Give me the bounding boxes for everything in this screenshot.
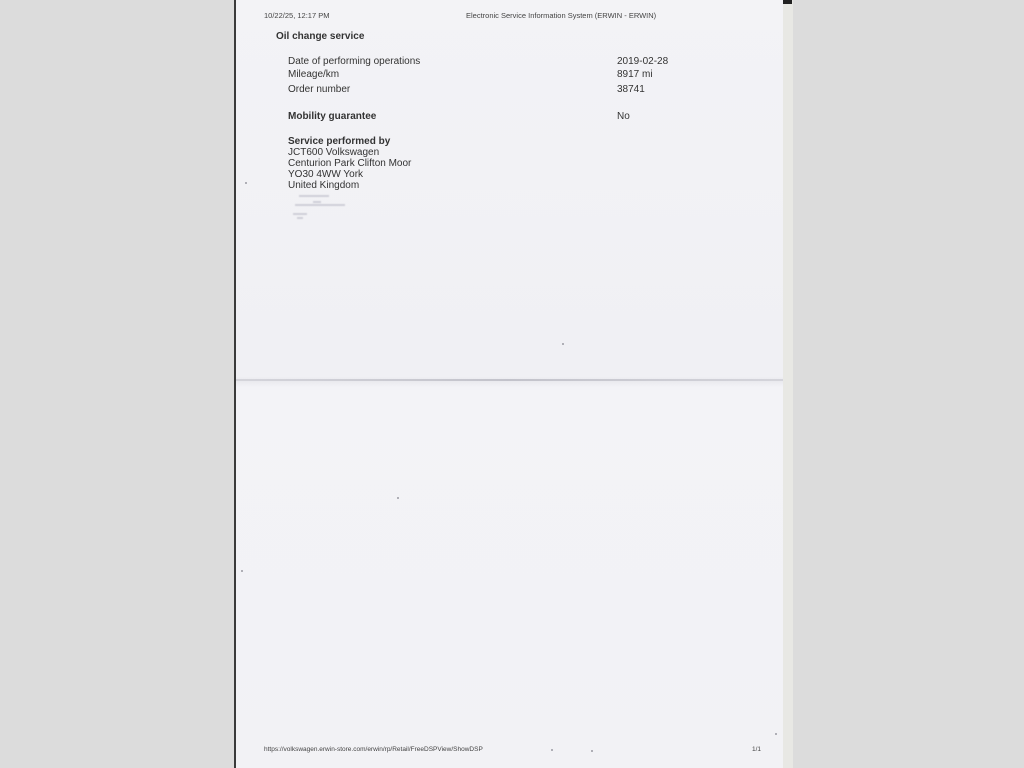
field-value-order-number: 38741 xyxy=(617,84,645,95)
service-performed-by-block: Service performed by JCT600 Volkswagen C… xyxy=(288,136,411,191)
field-value-date: 2019-02-28 xyxy=(617,56,668,67)
service-performed-by-label: Service performed by xyxy=(288,136,411,147)
document-title: Oil change service xyxy=(276,31,364,42)
page-margin-strip xyxy=(783,0,793,768)
field-label-date: Date of performing operations xyxy=(288,56,420,67)
print-datetime: 10/22/25, 12:17 PM xyxy=(264,11,329,20)
scan-speck xyxy=(551,749,553,751)
scan-speck xyxy=(241,570,243,572)
dealer-name: JCT600 Volkswagen xyxy=(288,147,411,158)
field-label-order-number: Order number xyxy=(288,84,350,95)
paper-fold-line xyxy=(236,379,783,381)
dealer-postcode-city: YO30 4WW York xyxy=(288,169,411,180)
dealer-country: United Kingdom xyxy=(288,180,411,191)
mobility-guarantee-value: No xyxy=(617,111,630,122)
page-number: 1/1 xyxy=(752,746,761,753)
faded-dealer-stamp xyxy=(293,193,363,225)
scan-speck xyxy=(397,497,399,499)
field-value-mileage: 8917 mi xyxy=(617,69,653,80)
scan-speck xyxy=(775,733,777,735)
system-title: Electronic Service Information System (E… xyxy=(466,11,656,20)
scan-speck xyxy=(591,750,593,752)
scan-speck xyxy=(245,182,247,184)
scanner-edge xyxy=(783,0,792,4)
mobility-guarantee-label: Mobility guarantee xyxy=(288,111,376,122)
dealer-street: Centurion Park Clifton Moor xyxy=(288,158,411,169)
field-label-mileage: Mileage/km xyxy=(288,69,339,80)
footer-url: https://volkswagen.erwin-store.com/erwin… xyxy=(264,746,483,753)
scan-speck xyxy=(562,343,564,345)
stamp-smudge-icon xyxy=(293,193,363,225)
